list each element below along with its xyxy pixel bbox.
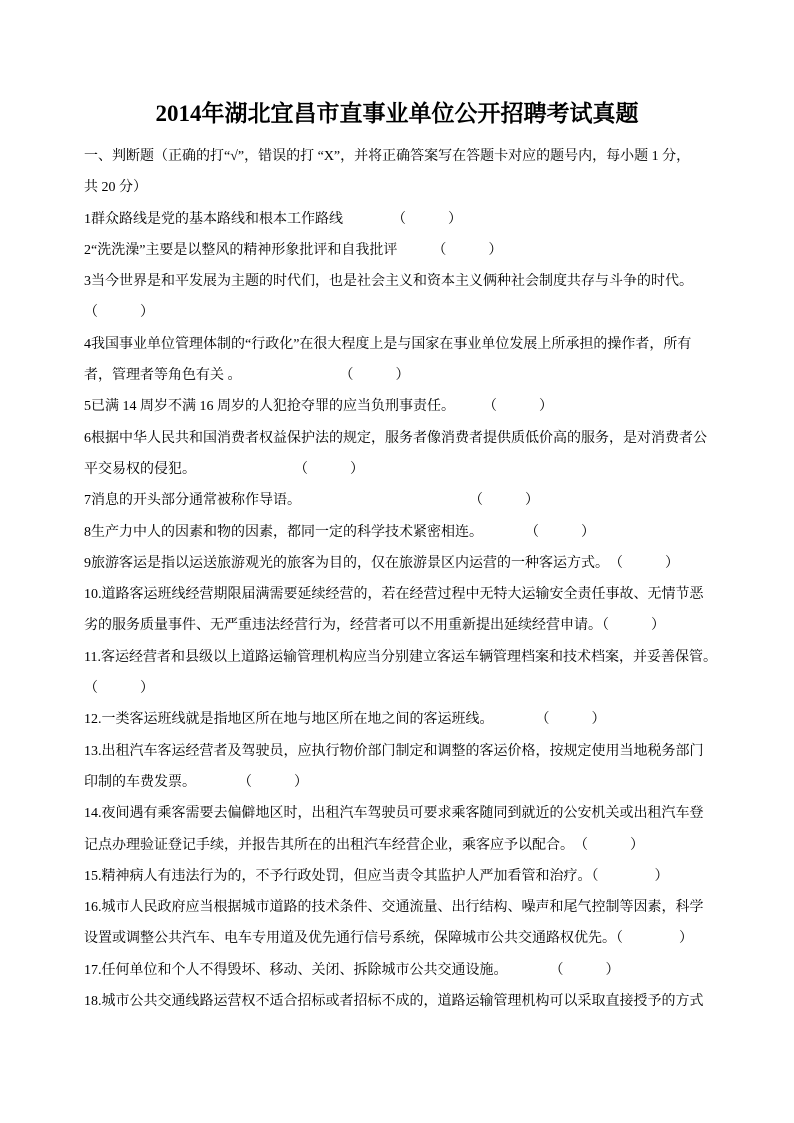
question-11: 11.客运经营者和县级以上道路运输管理机构应当分别建立客运车辆管理档案和技术档案… (84, 642, 710, 705)
question-9: 9旅游客运是指以运送旅游观光的旅客为目的，仅在旅游景区内运营的一种客运方式。 （… (84, 548, 710, 579)
question-line: 18.城市公共交通线路运营权不适合招标或者招标不成的，道路运输管理机构可以采取直… (84, 986, 710, 1017)
question-line: 12.一类客运班线就是指地区所在地与地区所在地之间的客运班线。 （ ） (84, 704, 710, 735)
question-line: 8生产力中人的因素和物的因素，都同一定的科学技术紧密相连。 （ ） (84, 517, 710, 548)
question-13: 13.出租汽车客运经营者及驾驶员，应执行物价部门制定和调整的客运价格，按规定使用… (84, 736, 710, 799)
question-14: 14.夜间遇有乘客需要去偏僻地区时，出租汽车驾驶员可要求乘客随同到就近的公安机关… (84, 798, 710, 861)
question-2: 2“洗洗澡”主要是以整风的精神形象批评和自我批评 （ ） (84, 235, 710, 266)
question-8: 8生产力中人的因素和物的因素，都同一定的科学技术紧密相连。 （ ） (84, 517, 710, 548)
question-line: 者，管理者等角色有关 。 （ ） (84, 360, 710, 391)
section-heading: 一、判断题（正确的打“√”，错误的打 “X”，并将正确答案写在答题卡对应的题号内… (84, 141, 710, 204)
document-body: 一、判断题（正确的打“√”，错误的打 “X”，并将正确答案写在答题卡对应的题号内… (84, 141, 710, 1017)
question-12: 12.一类客运班线就是指地区所在地与地区所在地之间的客运班线。 （ ） (84, 704, 710, 735)
question-18: 18.城市公共交通线路运营权不适合招标或者招标不成的，道路运输管理机构可以采取直… (84, 986, 710, 1017)
question-line: （ ） (84, 673, 710, 704)
question-17: 17.任何单位和个人不得毁坏、移动、关闭、拆除城市公共交通设施。 （ ） (84, 955, 710, 986)
question-line: 设置或调整公共汽车、电车专用道及优先通行信号系统，保障城市公共交通路权优先。（ … (84, 923, 710, 954)
question-5: 5已满 14 周岁不满 16 周岁的人犯抢夺罪的应当负刑事责任。 （ ） (84, 391, 710, 422)
question-6: 6根据中华人民共和国消费者权益保护法的规定，服务者像消费者提供质低价高的服务，是… (84, 423, 710, 486)
question-line: 7消息的开头部分通常被称作导语。 （ ） (84, 485, 710, 516)
document-page: 2014年湖北宜昌市直事业单位公开招聘考试真题 一、判断题（正确的打“√”，错误… (0, 0, 794, 1123)
question-line: 16.城市人民政府应当根据城市道路的技术条件、交通流量、出行结构、噪声和尾气控制… (84, 892, 710, 923)
section-heading-line: 共 20 分） (84, 172, 710, 203)
question-10: 10.道路客运班线经营期限届满需要延续经营的，若在经营过程中无特大运输安全责任事… (84, 579, 710, 642)
question-3: 3当今世界是和平发展为主题的时代们，也是社会主义和资本主义俩种社会制度共存与斗争… (84, 266, 710, 329)
page-title: 2014年湖北宜昌市直事业单位公开招聘考试真题 (0, 0, 794, 129)
question-7: 7消息的开头部分通常被称作导语。 （ ） (84, 485, 710, 516)
question-line: 13.出租汽车客运经营者及驾驶员，应执行物价部门制定和调整的客运价格，按规定使用… (84, 736, 710, 767)
question-line: 3当今世界是和平发展为主题的时代们，也是社会主义和资本主义俩种社会制度共存与斗争… (84, 266, 710, 297)
question-15: 15.精神病人有违法行为的，不予行政处罚，但应当责令其监护人严加看管和治疗。（ … (84, 861, 710, 892)
question-line: 劣的服务质量事件、无严重违法经营行为，经营者可以不用重新提出延续经营申请。（ ） (84, 610, 710, 641)
question-1: 1群众路线是党的基本路线和根本工作路线 （ ） (84, 204, 710, 235)
question-line: （ ） (84, 297, 710, 328)
question-line: 记点办理验证登记手续，并报告其所在的出租汽车经营企业，乘客应予以配合。 （ ） (84, 830, 710, 861)
question-line: 9旅游客运是指以运送旅游观光的旅客为目的，仅在旅游景区内运营的一种客运方式。 （… (84, 548, 710, 579)
section-heading-line: 一、判断题（正确的打“√”，错误的打 “X”，并将正确答案写在答题卡对应的题号内… (84, 141, 710, 172)
question-line: 6根据中华人民共和国消费者权益保护法的规定，服务者像消费者提供质低价高的服务，是… (84, 423, 710, 454)
question-line: 17.任何单位和个人不得毁坏、移动、关闭、拆除城市公共交通设施。 （ ） (84, 955, 710, 986)
question-line: 11.客运经营者和县级以上道路运输管理机构应当分别建立客运车辆管理档案和技术档案… (84, 642, 710, 673)
question-line: 15.精神病人有违法行为的，不予行政处罚，但应当责令其监护人严加看管和治疗。（ … (84, 861, 710, 892)
question-line: 印制的车费发票。 （ ） (84, 767, 710, 798)
question-line: 1群众路线是党的基本路线和根本工作路线 （ ） (84, 204, 710, 235)
question-line: 14.夜间遇有乘客需要去偏僻地区时，出租汽车驾驶员可要求乘客随同到就近的公安机关… (84, 798, 710, 829)
question-line: 平交易权的侵犯。 （ ） (84, 454, 710, 485)
question-line: 5已满 14 周岁不满 16 周岁的人犯抢夺罪的应当负刑事责任。 （ ） (84, 391, 710, 422)
question-line: 4我国事业单位管理体制的“行政化”在很大程度上是与国家在事业单位发展上所承担的操… (84, 329, 710, 360)
question-line: 10.道路客运班线经营期限届满需要延续经营的，若在经营过程中无特大运输安全责任事… (84, 579, 710, 610)
question-16: 16.城市人民政府应当根据城市道路的技术条件、交通流量、出行结构、噪声和尾气控制… (84, 892, 710, 955)
question-4: 4我国事业单位管理体制的“行政化”在很大程度上是与国家在事业单位发展上所承担的操… (84, 329, 710, 392)
question-line: 2“洗洗澡”主要是以整风的精神形象批评和自我批评 （ ） (84, 235, 710, 266)
